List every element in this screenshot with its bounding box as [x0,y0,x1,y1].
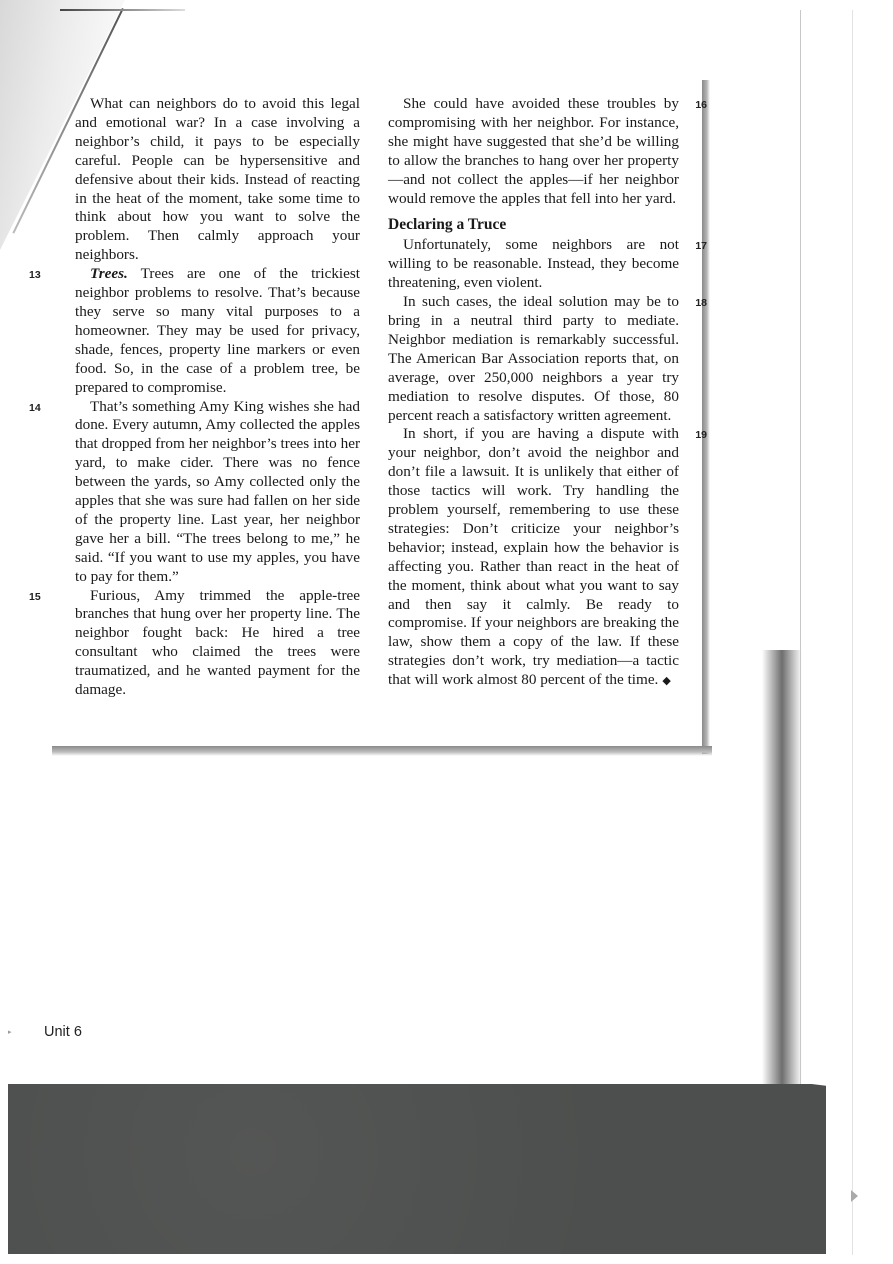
paragraph-number: 15 [29,588,41,607]
paragraph-text: She could have avoided these troubles by… [388,95,679,207]
scan-edge-line [800,10,801,1090]
paragraph-17: 17 Unfortunately, some neighbors are not… [388,236,679,293]
paragraph-12: What can neighbors do to avoid this lega… [75,95,360,265]
unit-label: Unit 6 [44,1024,82,1040]
paragraph-number: 17 [695,237,707,256]
end-diamond-icon: ◆ [662,675,670,687]
paragraph-19: 19 In short, if you are having a dispute… [388,425,679,691]
paragraph-13: 13 Trees. Trees are one of the trickiest… [75,265,360,397]
binding-shadow [762,650,802,1085]
paragraph-number: 18 [695,294,707,313]
margin-mark-icon: ▸ [8,1028,12,1036]
right-column: 16 She could have avoided these troubles… [388,95,679,691]
paragraph-number: 16 [695,96,707,115]
left-column: What can neighbors do to avoid this lega… [75,95,360,700]
paragraph-16: 16 She could have avoided these troubles… [388,95,679,208]
paragraph-lead: Trees. [90,265,128,282]
scanner-dark-area [8,1084,826,1254]
paragraph-text: Furious, Amy trimmed the apple-tree bran… [75,587,360,699]
paragraph-number: 19 [695,426,707,445]
paragraph-text: Unfortunately, some neighbors are not wi… [388,236,679,291]
paragraph-text: Trees are one of the trickiest neighbor … [75,265,360,395]
paragraph-15: 15 Furious, Amy trimmed the apple-tree b… [75,587,360,700]
paragraph-text: In short, if you are having a dispute wi… [388,425,679,688]
page-top-edge [60,9,185,11]
paragraph-text: What can neighbors do to avoid this lega… [75,95,360,263]
scanned-page: What can neighbors do to avoid this lega… [0,0,893,1264]
section-heading: Declaring a Truce [388,216,679,235]
paragraph-18: 18 In such cases, the ideal solution may… [388,293,679,425]
paragraph-number: 14 [29,399,41,418]
paragraph-text: In such cases, the ideal solution may be… [388,293,679,423]
edge-arrow-icon [851,1190,858,1202]
paragraph-text: That’s something Amy King wishes she had… [75,398,360,585]
scan-edge-line-outer [852,10,853,1255]
paragraph-14: 14 That’s something Amy King wishes she … [75,398,360,587]
paragraph-number: 13 [29,266,41,285]
